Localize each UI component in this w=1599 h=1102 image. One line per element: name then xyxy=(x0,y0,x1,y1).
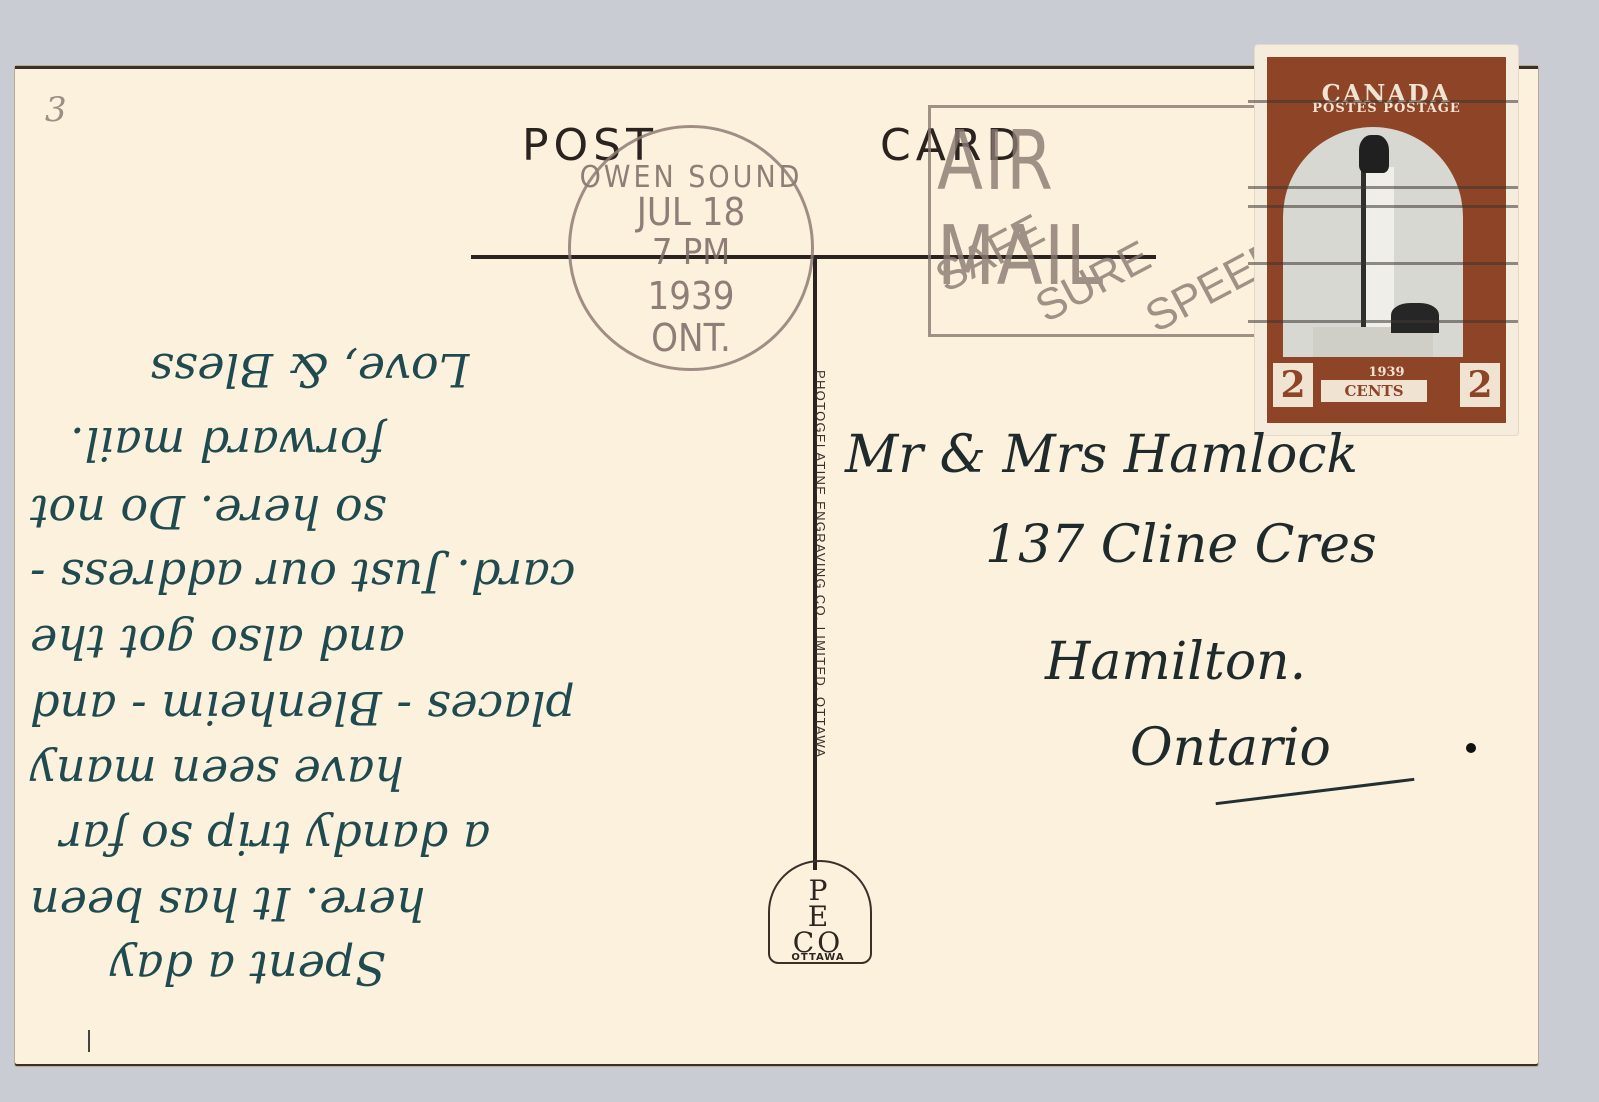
cancel-line xyxy=(1248,262,1518,265)
printer-imprint: PHOTOGELATINE ENGRAVING CO. LIMITED, OTT… xyxy=(800,370,830,840)
address-province: Ontario xyxy=(1130,718,1331,778)
pencil-tick xyxy=(88,1030,90,1052)
cancel-line xyxy=(1248,186,1518,189)
stamp-value-right: 2 xyxy=(1460,363,1500,407)
message-line: have seen many xyxy=(30,746,404,800)
message-line: and also got the xyxy=(30,615,405,669)
address-recipient: Mr & Mrs Hamlock xyxy=(845,425,1358,485)
publisher-logo: P E CO OTTAWA xyxy=(758,860,878,970)
postage-stamp: CANADA POSTES POSTAGE 1939 2 CENTS 2 xyxy=(1255,45,1518,435)
stamp-value-left: 2 xyxy=(1273,363,1313,407)
postmark-time: 7 PM xyxy=(571,232,811,273)
message-line: card. Just our address - xyxy=(30,549,576,603)
corner-pencil-mark: 3 xyxy=(45,90,67,130)
message-line: forward mail. xyxy=(70,417,385,471)
airmail-cancel: AIR MAIL SAFE SURE SPEEDY xyxy=(928,105,1261,337)
cancel-line xyxy=(1248,100,1518,103)
message-line: Love, & Bless xyxy=(150,343,469,397)
address-city: Hamilton. xyxy=(1045,632,1306,692)
message-line: places - Blenheim - and xyxy=(30,681,575,735)
cancel-line xyxy=(1248,320,1518,323)
printer-imprint-text: PHOTOGELATINE ENGRAVING CO. LIMITED, OTT… xyxy=(813,370,828,758)
message-line: so here. Do not xyxy=(30,485,386,539)
figures-icon xyxy=(1391,303,1439,333)
postmark-date: JUL 18 xyxy=(571,190,811,234)
message-line: Spent a day xyxy=(110,941,386,995)
logo-city: OTTAWA xyxy=(758,952,878,963)
statue-icon xyxy=(1359,135,1389,173)
cancel-line xyxy=(1248,205,1518,208)
stamp-denomination: CENTS xyxy=(1321,380,1427,402)
handwritten-message: Spent a day here. It has been a dandy tr… xyxy=(30,275,800,995)
stamp-label: POSTES POSTAGE xyxy=(1255,101,1518,116)
ink-dot xyxy=(1466,743,1476,753)
message-line: a dandy trip so far xyxy=(60,811,490,865)
message-line: here. It has been xyxy=(30,877,425,931)
address-street: 137 Cline Cres xyxy=(985,515,1377,575)
